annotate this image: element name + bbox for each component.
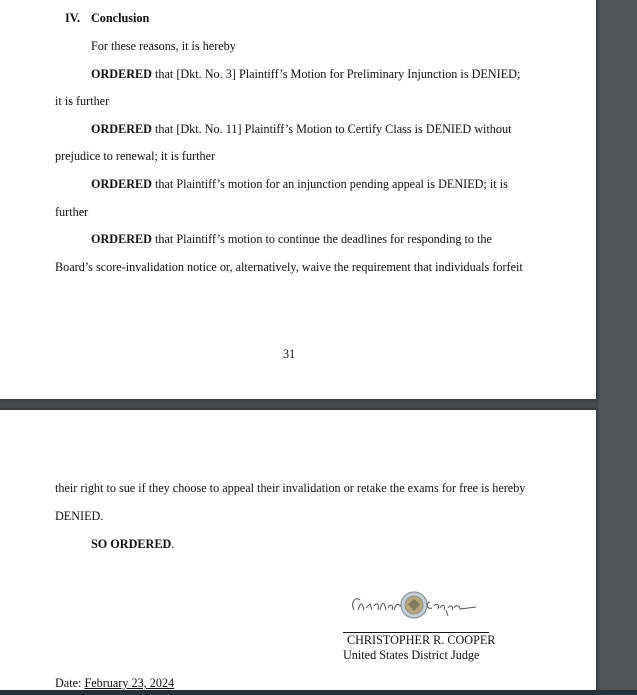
order-4: ORDERED that Plaintiff’s motion to conti… [91, 232, 492, 246]
judge-signature [344, 588, 484, 622]
order-3-continuation: further [55, 205, 88, 219]
order-1-continuation: it is further [55, 94, 109, 108]
so-ordered: SO ORDERED. [91, 537, 174, 551]
viewer-bottom-bar [0, 690, 637, 695]
order-4-continuation-2: their right to sue if they choose to app… [55, 481, 525, 495]
page-number: 31 [283, 347, 295, 361]
order-4-end: DENIED. [55, 509, 103, 523]
signature-icon [344, 588, 484, 622]
section-title: Conclusion [91, 11, 149, 25]
pdf-page-31: IV.Conclusion For these reasons, it is h… [0, 0, 596, 399]
section-number: IV. [65, 11, 91, 25]
order-date: Date: February 23, 2024 [55, 676, 174, 690]
page-separator [0, 399, 598, 410]
pdf-viewer: IV.Conclusion For these reasons, it is h… [0, 0, 637, 695]
order-2: ORDERED that [Dkt. No. 11] Plaintiff’s M… [91, 122, 511, 136]
section-heading: IV.Conclusion [65, 11, 149, 25]
judge-title: United States District Judge [343, 648, 479, 662]
conclusion-intro: For these reasons, it is hereby [91, 39, 236, 53]
order-4-continuation: Board’s score-invalidation notice or, al… [55, 260, 523, 274]
judge-name: CHRISTOPHER R. COOPER [347, 633, 495, 647]
order-1: ORDERED that [Dkt. No. 3] Plaintiff’s Mo… [91, 67, 520, 81]
date-value: February 23, 2024 [84, 676, 174, 690]
order-2-continuation: prejudice to renewal; it is further [55, 149, 215, 163]
order-3: ORDERED that Plaintiff’s motion for an i… [91, 177, 508, 191]
pdf-page-32 [0, 410, 596, 695]
